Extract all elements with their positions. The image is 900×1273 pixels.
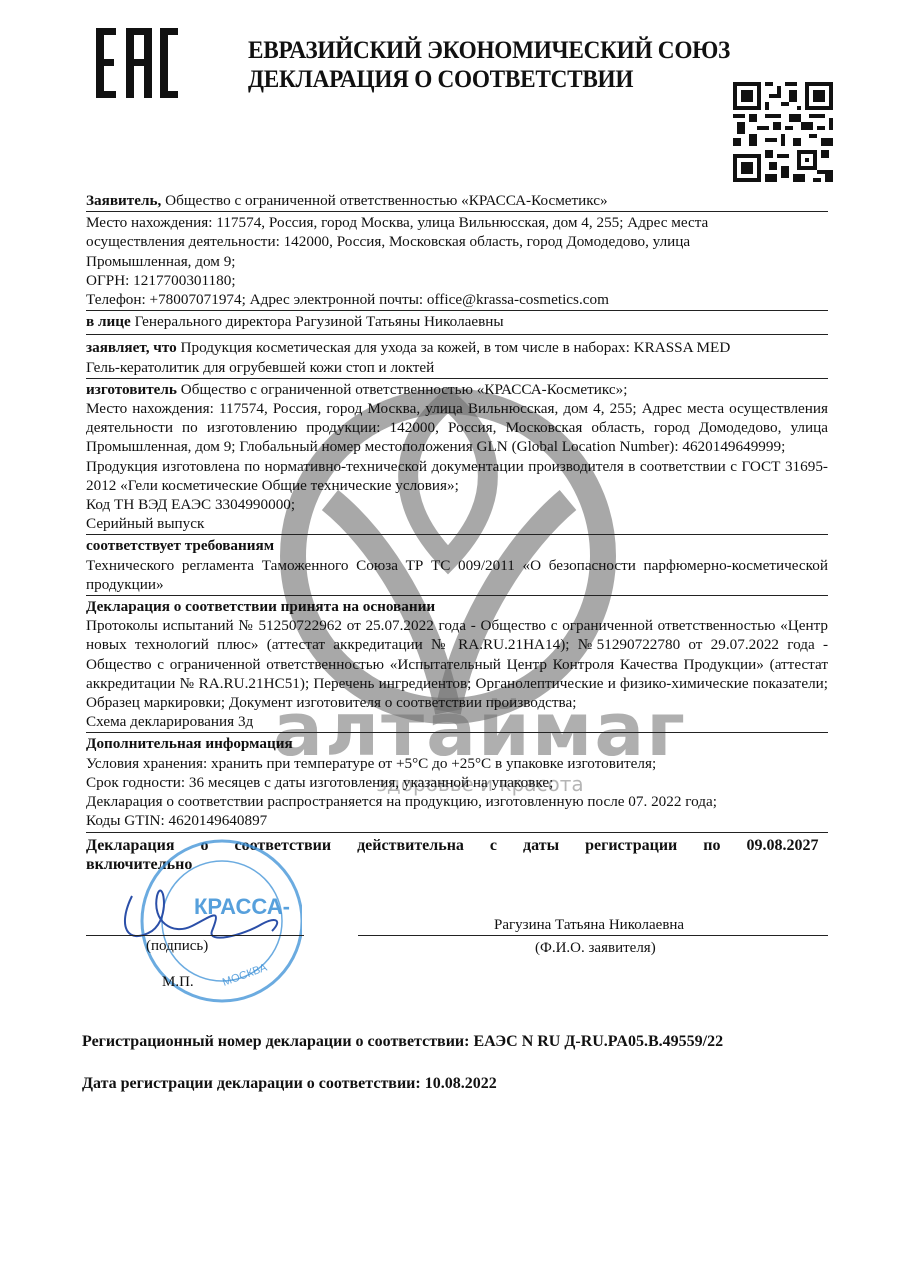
- applicant-address-line: осуществления деятельности: 142000, Росс…: [86, 232, 828, 251]
- qr-code-icon[interactable]: [733, 82, 833, 182]
- additional-label: Дополнительная информация: [86, 734, 828, 753]
- representative-text: Генерального директора Рагузиной Татьяны…: [135, 313, 504, 330]
- company-seal: КРАССА- МОСКВА: [112, 836, 302, 1006]
- svg-text:КРАССА-: КРАССА-: [194, 894, 290, 919]
- declares-section: заявляет, что Продукция косметическая дл…: [86, 335, 828, 378]
- requirements-label: соответствует требованиям: [86, 536, 828, 555]
- declaration-body: Заявитель, Общество с ограниченной ответ…: [86, 190, 828, 875]
- release-type: Серийный выпуск: [86, 514, 828, 533]
- additional-info-section: Дополнительная информация Условия хранен…: [86, 733, 828, 832]
- manufacturer-address: Место нахождения: 117574, Россия, город …: [86, 399, 828, 457]
- signer-name: Рагузина Татьяна Николаевна: [494, 917, 684, 934]
- basis-label: Декларация о соответствии принята на осн…: [86, 597, 828, 616]
- basis-text: Протоколы испытаний № 51250722962 от 25.…: [86, 616, 828, 712]
- declares-label: заявляет, что: [86, 339, 177, 356]
- document-title: ЕВРАЗИЙСКИЙ ЭКОНОМИЧЕСКИЙ СОЮЗ ДЕКЛАРАЦИ…: [248, 36, 730, 94]
- manufacturer-name: Общество с ограниченной ответственностью…: [181, 381, 628, 398]
- product-description: Продукция косметическая для ухода за кож…: [181, 339, 731, 356]
- applicant-address-line: Промышленная, дом 9;: [86, 252, 828, 271]
- eac-mark-icon: [96, 28, 178, 98]
- applicant-ogrn: ОГРН: 1217700301180;: [86, 271, 828, 290]
- name-line: [358, 935, 828, 936]
- applicant-label: Заявитель,: [86, 192, 161, 209]
- signature-line: [86, 935, 304, 936]
- title-union: ЕВРАЗИЙСКИЙ ЭКОНОМИЧЕСКИЙ СОЮЗ: [248, 36, 730, 65]
- applicant-address-line: Место нахождения: 117574, Россия, город …: [86, 213, 828, 232]
- representative-label: в лице: [86, 313, 131, 330]
- manufacturer-standard: Продукция изготовлена по нормативно-техн…: [86, 457, 828, 495]
- representative: в лице Генерального директора Рагузиной …: [86, 311, 828, 335]
- basis-section: Декларация о соответствии принята на осн…: [86, 596, 828, 733]
- svg-text:МОСКВА: МОСКВА: [221, 961, 269, 988]
- shelf-life: Срок годности: 36 месяцев с даты изготов…: [86, 773, 828, 792]
- hs-code: Код ТН ВЭД ЕАЭС 3304990000;: [86, 495, 828, 514]
- declaration-scope: Декларация о соответствии распространяет…: [86, 792, 828, 811]
- applicant-name: Общество с ограниченной ответственностью…: [165, 192, 608, 209]
- manufacturer-section: изготовитель Общество с ограниченной отв…: [86, 379, 828, 536]
- storage-conditions: Условия хранения: хранить при температур…: [86, 754, 828, 773]
- gtin-codes: Коды GTIN: 4620149640897: [86, 811, 828, 830]
- applicant-header: Заявитель, Общество с ограниченной ответ…: [86, 190, 828, 212]
- requirements-text: Технического регламента Таможенного Союз…: [86, 556, 828, 594]
- registration-date: Дата регистрации декларации о соответств…: [82, 1075, 497, 1093]
- seal-caption: М.П.: [162, 974, 194, 991]
- registration-number: Регистрационный номер декларации о соотв…: [82, 1033, 723, 1051]
- signature-caption: (подпись): [146, 938, 208, 955]
- applicant-contacts: Телефон: +78007071974; Адрес электронной…: [86, 290, 828, 309]
- title-declaration: ДЕКЛАРАЦИЯ О СООТВЕТСТВИИ: [248, 65, 730, 94]
- eac-logo: [96, 28, 178, 98]
- product-name: Гель-кератолитик для огрубевшей кожи сто…: [86, 358, 828, 377]
- signer-caption: (Ф.И.О. заявителя): [535, 940, 656, 957]
- declaration-scheme: Схема декларирования 3д: [86, 712, 828, 731]
- manufacturer-label: изготовитель: [86, 381, 177, 398]
- seal-stamp-icon: КРАССА- МОСКВА: [112, 836, 302, 1006]
- requirements-section: соответствует требованиям Технического р…: [86, 535, 828, 596]
- applicant-details: Место нахождения: 117574, Россия, город …: [86, 212, 828, 311]
